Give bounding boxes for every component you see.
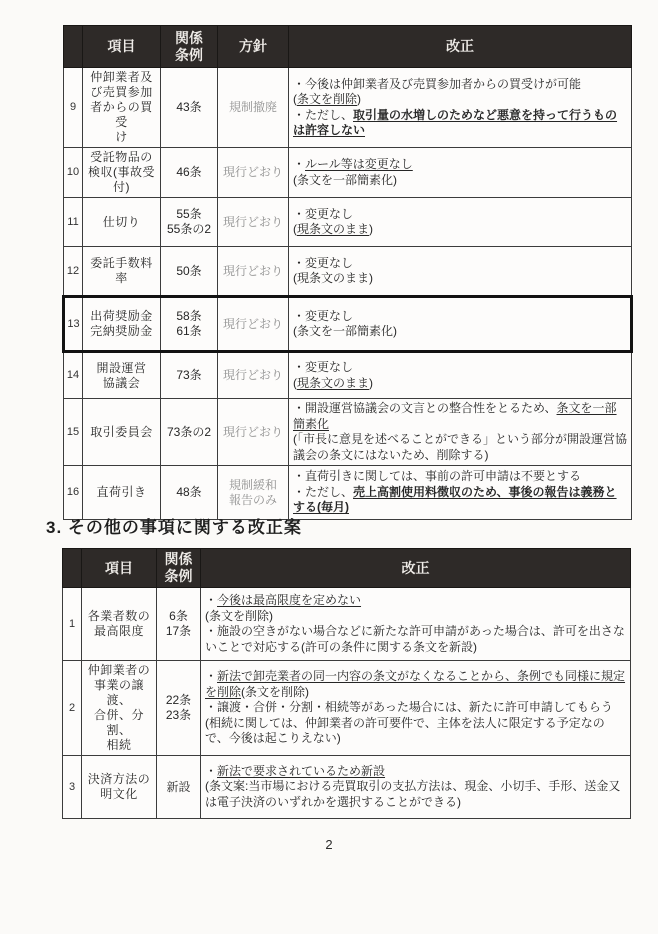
- market-items-amendment-table: 項目関係条例方針改正 9仲卸業者及び売買参加者からの買受け43条規制撤廃・今後は…: [62, 25, 633, 520]
- row-number: 13: [64, 297, 83, 352]
- item-cell: 出荷奨励金完納奨励金: [83, 297, 161, 352]
- text-segment: (条文を一部簡素化): [293, 324, 397, 338]
- amendment-line: ・変更なし: [293, 256, 627, 272]
- column-header: 改正: [201, 549, 631, 588]
- amendment-line: ・新法で要求されているため新設: [205, 764, 626, 780]
- item-cell: 直荷引き: [83, 466, 161, 520]
- table-row: 2仲卸業者の事業の譲渡、合併、分割、相続22条23条・新法で卸売業者の同一内容の…: [63, 661, 631, 756]
- table-row: 12委託手数料率50条現行どおり・変更なし(現条文のまま): [64, 247, 632, 297]
- text-segment: ): [357, 92, 361, 106]
- table-row: 16直荷引き48条規制緩和報告のみ・直荷引きに関しては、事前の許可申請は不要とす…: [64, 466, 632, 520]
- text-segment: (「市長に意見を述べることができる」という部分が開設運営協議会の条文にはないため…: [293, 432, 627, 462]
- amendment-line: ・変更なし: [293, 360, 627, 376]
- amendment-cell: ・変更なし(現条文のまま): [289, 198, 632, 247]
- amendment-line: ・変更なし: [293, 207, 627, 223]
- text-segment: (条文を削除): [241, 685, 309, 699]
- column-header: 項目: [82, 549, 157, 588]
- amendment-cell: ・変更なし(条文を一部簡素化): [289, 297, 632, 352]
- row-number: 15: [64, 399, 83, 466]
- amendment-line: ・ただし、取引量の水増しのためなど悪意を持って行うものは許容しない: [293, 108, 627, 139]
- header-row: 項目関係条例方針改正: [64, 26, 632, 68]
- policy-cell: 現行どおり: [218, 297, 289, 352]
- text-segment: ・直荷引きに関しては、事前の許可申請は不要とする: [293, 469, 581, 483]
- amendment-line: (相続に関しては、仲卸業者の許可要件で、主体を法人に限定する予定なので、今後は起…: [205, 716, 626, 747]
- row-number: 11: [64, 198, 83, 247]
- amendment-line: (条文を一部簡素化): [293, 173, 627, 189]
- row-number: 12: [64, 247, 83, 297]
- row-number: 3: [63, 756, 82, 819]
- table-header: 項目関係条例改正: [63, 549, 631, 588]
- related-ordinance-cell: 73条の2: [161, 399, 218, 466]
- amendment-cell: ・ルール等は変更なし(条文を一部簡素化): [289, 148, 632, 198]
- page-number: 2: [0, 837, 658, 852]
- item-cell: 開設運営協議会: [83, 352, 161, 399]
- text-segment: 今後は最高限度を定めない: [217, 593, 361, 607]
- amendment-line: ・譲渡・合併・分割・相続等があった場合には、新たに許可申請してもらう: [205, 700, 626, 716]
- policy-cell: 規制緩和報告のみ: [218, 466, 289, 520]
- column-header: 改正: [289, 26, 632, 68]
- row-number: 14: [64, 352, 83, 399]
- amendment-cell: ・変更なし(現条文のまま): [289, 247, 632, 297]
- text-segment: 新法で要求されているため新設: [217, 764, 385, 778]
- column-header: 項目: [83, 26, 161, 68]
- policy-cell: 現行どおり: [218, 399, 289, 466]
- amendment-line: (現条文のまま): [293, 376, 627, 392]
- text-segment: ・開設運営協議会の文言との整合性をとるため、: [293, 401, 557, 415]
- amendment-line: ・新法で卸売業者の同一内容の条文がなくなることから、条例でも同様に規定を削除(条…: [205, 669, 626, 700]
- text-segment: (現条文のまま): [293, 271, 373, 285]
- related-ordinance-cell: 6条17条: [157, 588, 201, 661]
- related-ordinance-cell: 55条55条の2: [161, 198, 218, 247]
- text-segment: ・: [205, 669, 217, 683]
- text-segment: (条文案:当市場における売買取引の支払方法は、現金、小切手、手形、送金又は電子決…: [205, 779, 620, 809]
- text-segment: ・変更なし: [293, 256, 353, 270]
- section-heading: 3. その他の事項に関する改正案: [46, 513, 302, 538]
- policy-cell: 現行どおり: [218, 198, 289, 247]
- text-segment: ・施設の空きがない場合などに新たな許可申請があった場合は、許可を出さないことで対…: [205, 624, 625, 654]
- amendment-line: ・ルール等は変更なし: [293, 157, 627, 173]
- amendment-line: (条文を一部簡素化): [293, 324, 626, 340]
- column-header: 関係条例: [157, 549, 201, 588]
- text-segment: ・ただし、: [293, 485, 353, 499]
- row-number: 16: [64, 466, 83, 520]
- text-segment: ・: [205, 593, 217, 607]
- related-ordinance-cell: 73条: [161, 352, 218, 399]
- text-segment: (条文を削除): [205, 609, 273, 623]
- text-segment: ): [369, 376, 373, 390]
- other-items-amendment-table: 項目関係条例改正 1各業者数の最高限度6条17条・今後は最高限度を定めない(条文…: [62, 548, 631, 819]
- amendment-line: (条文を削除): [293, 92, 627, 108]
- item-cell: 各業者数の最高限度: [82, 588, 157, 661]
- amendment-line: (現条文のまま): [293, 222, 627, 238]
- text-segment: ・今後は仲卸業者及び売買参加者からの買受けが可能: [293, 77, 581, 91]
- table-body: 9仲卸業者及び売買参加者からの買受け43条規制撤廃・今後は仲卸業者及び売買参加者…: [64, 68, 632, 520]
- text-segment: ・変更なし: [293, 309, 353, 323]
- amendment-line: ・開設運営協議会の文言との整合性をとるため、条文を一部簡素化: [293, 401, 627, 432]
- amendment-cell: ・今後は最高限度を定めない(条文を削除)・施設の空きがない場合などに新たな許可申…: [201, 588, 631, 661]
- table-row: 9仲卸業者及び売買参加者からの買受け43条規制撤廃・今後は仲卸業者及び売買参加者…: [64, 68, 632, 148]
- table-row: 1各業者数の最高限度6条17条・今後は最高限度を定めない(条文を削除)・施設の空…: [63, 588, 631, 661]
- amendment-line: (「市長に意見を述べることができる」という部分が開設運営協議会の条文にはないため…: [293, 432, 627, 463]
- policy-cell: 現行どおり: [218, 247, 289, 297]
- text-segment: ・: [293, 157, 305, 171]
- document-page: 項目関係条例方針改正 9仲卸業者及び売買参加者からの買受け43条規制撤廃・今後は…: [0, 0, 658, 934]
- column-header: [64, 26, 83, 68]
- related-ordinance-cell: 48条: [161, 466, 218, 520]
- column-header: [63, 549, 82, 588]
- text-segment: ・変更なし: [293, 207, 353, 221]
- text-segment: ルール等は変更なし: [305, 157, 413, 171]
- item-cell: 受託物品の検収(事故受付): [83, 148, 161, 198]
- related-ordinance-cell: 50条: [161, 247, 218, 297]
- item-cell: 仲卸業者の事業の譲渡、合併、分割、相続: [82, 661, 157, 756]
- item-cell: 委託手数料率: [83, 247, 161, 297]
- row-number: 10: [64, 148, 83, 198]
- table-row: 11仕切り55条55条の2現行どおり・変更なし(現条文のまま): [64, 198, 632, 247]
- table-row: 14開設運営協議会73条現行どおり・変更なし(現条文のまま): [64, 352, 632, 399]
- item-cell: 仲卸業者及び売買参加者からの買受け: [83, 68, 161, 148]
- column-header: 方針: [218, 26, 289, 68]
- amendment-line: ・変更なし: [293, 309, 626, 325]
- amendment-line: (条文を削除): [205, 609, 626, 625]
- amendment-cell: ・開設運営協議会の文言との整合性をとるため、条文を一部簡素化(「市長に意見を述べ…: [289, 399, 632, 466]
- amendment-cell: ・変更なし(現条文のまま): [289, 352, 632, 399]
- amendment-line: ・今後は仲卸業者及び売買参加者からの買受けが可能: [293, 77, 627, 93]
- column-header: 関係条例: [161, 26, 218, 68]
- text-segment: ・譲渡・合併・分割・相続等があった場合には、新たに許可申請してもらう: [205, 700, 613, 714]
- table-row: 10受託物品の検収(事故受付)46条現行どおり・ルール等は変更なし(条文を一部簡…: [64, 148, 632, 198]
- policy-cell: 規制撤廃: [218, 68, 289, 148]
- text-segment: 条文を削除: [297, 92, 357, 106]
- text-segment: ・: [205, 764, 217, 778]
- text-segment: 現条文のまま: [297, 376, 369, 390]
- related-ordinance-cell: 43条: [161, 68, 218, 148]
- policy-cell: 現行どおり: [218, 352, 289, 399]
- table-body: 1各業者数の最高限度6条17条・今後は最高限度を定めない(条文を削除)・施設の空…: [63, 588, 631, 819]
- text-segment: ・ただし、: [293, 108, 353, 122]
- text-segment: 現条文のまま: [297, 222, 369, 236]
- amendment-line: (条文案:当市場における売買取引の支払方法は、現金、小切手、手形、送金又は電子決…: [205, 779, 626, 810]
- related-ordinance-cell: 46条: [161, 148, 218, 198]
- amendment-cell: ・今後は仲卸業者及び売買参加者からの買受けが可能(条文を削除)・ただし、取引量の…: [289, 68, 632, 148]
- item-cell: 仕切り: [83, 198, 161, 247]
- row-number: 9: [64, 68, 83, 148]
- related-ordinance-cell: 58条61条: [161, 297, 218, 352]
- policy-cell: 現行どおり: [218, 148, 289, 198]
- amendment-cell: ・新法で要求されているため新設(条文案:当市場における売買取引の支払方法は、現金…: [201, 756, 631, 819]
- table-header: 項目関係条例方針改正: [64, 26, 632, 68]
- item-cell: 取引委員会: [83, 399, 161, 466]
- row-number: 1: [63, 588, 82, 661]
- table-row: 15取引委員会73条の2現行どおり・開設運営協議会の文言との整合性をとるため、条…: [64, 399, 632, 466]
- related-ordinance-cell: 22条23条: [157, 661, 201, 756]
- text-segment: ・変更なし: [293, 360, 353, 374]
- item-cell: 決済方法の明文化: [82, 756, 157, 819]
- amendment-line: ・施設の空きがない場合などに新たな許可申請があった場合は、許可を出さないことで対…: [205, 624, 626, 655]
- amendment-cell: ・直荷引きに関しては、事前の許可申請は不要とする・ただし、売上高割使用料徴収のた…: [289, 466, 632, 520]
- table-row: 13出荷奨励金完納奨励金58条61条現行どおり・変更なし(条文を一部簡素化): [64, 297, 632, 352]
- amendment-line: (現条文のまま): [293, 271, 627, 287]
- related-ordinance-cell: 新設: [157, 756, 201, 819]
- row-number: 2: [63, 661, 82, 756]
- text-segment: (条文を一部簡素化): [293, 173, 397, 187]
- text-segment: (相続に関しては、仲卸業者の許可要件で、主体を法人に限定する予定なので、今後は起…: [205, 716, 605, 746]
- amendment-line: ・ただし、売上高割使用料徴収のため、事後の報告は義務とする(毎月): [293, 485, 627, 516]
- amendment-line: ・今後は最高限度を定めない: [205, 593, 626, 609]
- text-segment: ): [369, 222, 373, 236]
- amendment-cell: ・新法で卸売業者の同一内容の条文がなくなることから、条例でも同様に規定を削除(条…: [201, 661, 631, 756]
- header-row: 項目関係条例改正: [63, 549, 631, 588]
- table-row: 3決済方法の明文化新設・新法で要求されているため新設(条文案:当市場における売買…: [63, 756, 631, 819]
- amendment-line: ・直荷引きに関しては、事前の許可申請は不要とする: [293, 469, 627, 485]
